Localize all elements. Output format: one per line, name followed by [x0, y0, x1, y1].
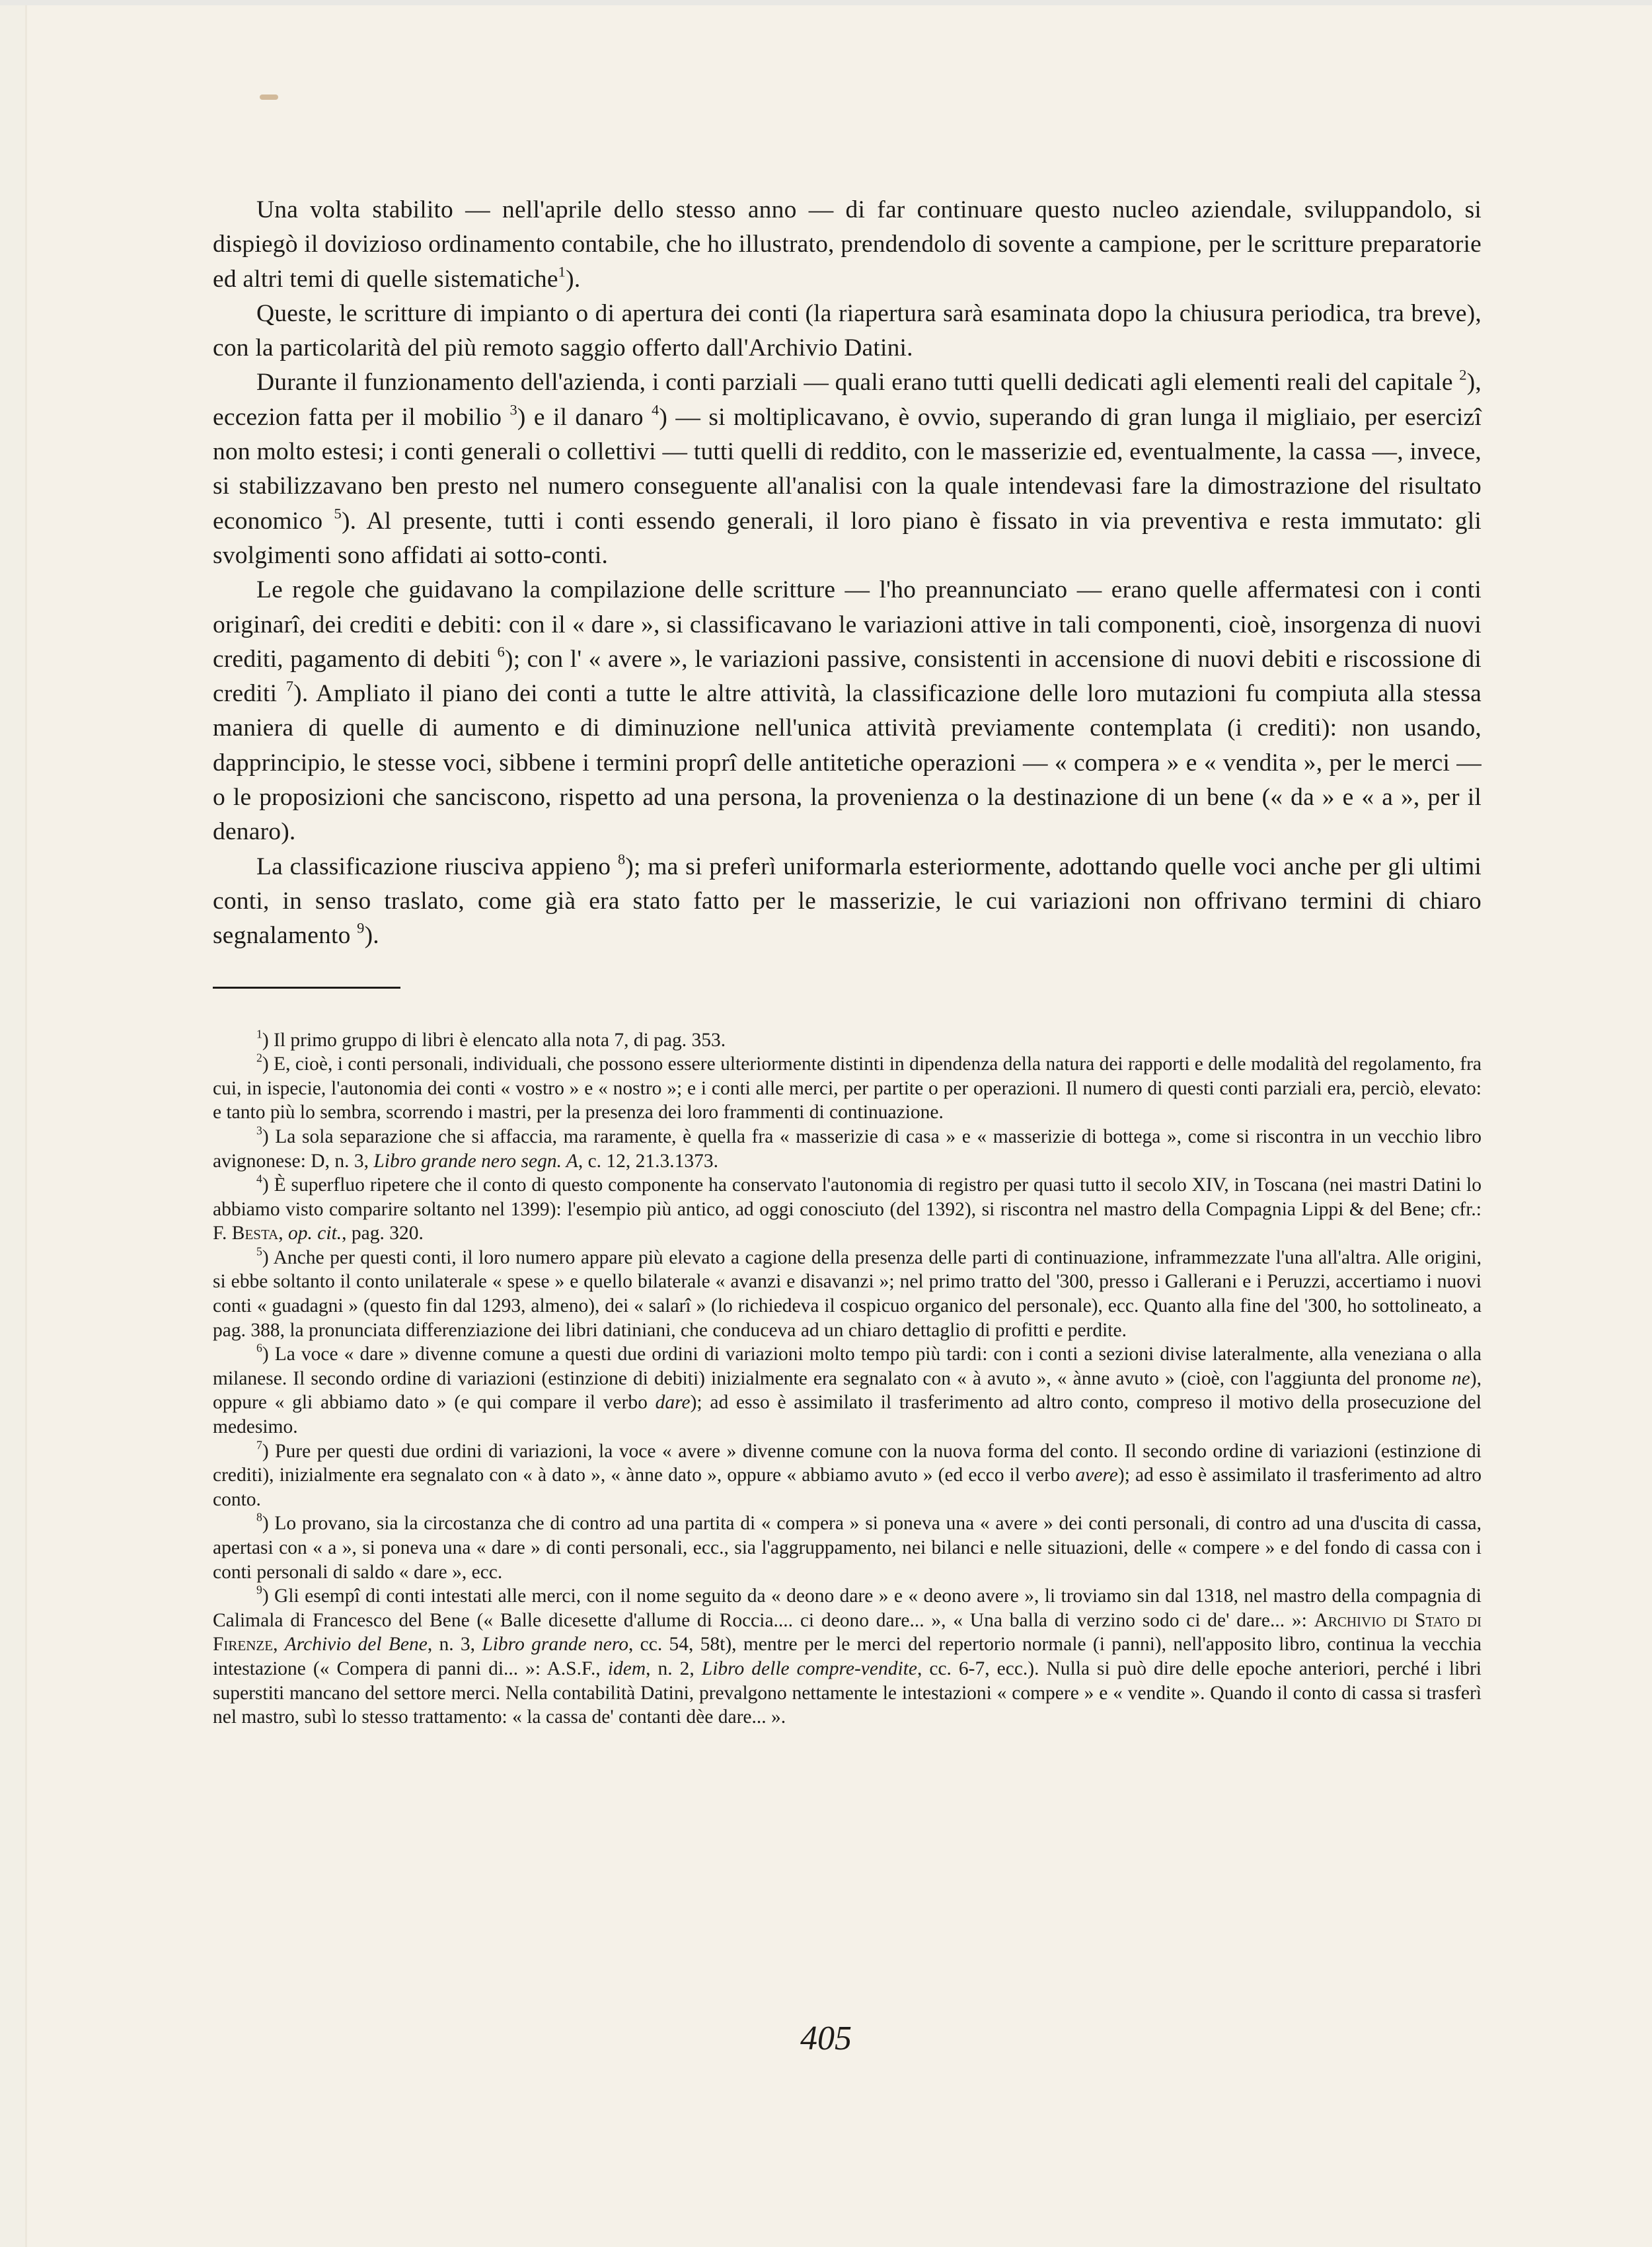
main-text: Una volta stabilito — nell'aprile dello …	[213, 193, 1482, 954]
footnote-reference: 5	[256, 1245, 262, 1258]
text-run: ) Lo provano, sia la circostanza che di …	[213, 1513, 1482, 1582]
italic-citation: ne	[1452, 1368, 1470, 1389]
footnote-reference: 3	[509, 401, 517, 418]
page-spine-edge	[0, 5, 26, 2247]
text-run: ,	[273, 1634, 285, 1655]
text-run: ,	[278, 1223, 288, 1244]
footnote: 8) Lo provano, sia la circostanza che di…	[213, 1511, 1482, 1584]
footnote-reference: 2	[256, 1051, 262, 1065]
text-run: La classificazione riusciva appieno	[256, 853, 618, 880]
page-text-block: Una volta stabilito — nell'aprile dello …	[213, 193, 1482, 1730]
body-paragraph: Durante il funzionamento dell'azienda, i…	[213, 365, 1482, 573]
italic-citation: avere	[1075, 1465, 1117, 1486]
footnote-reference: 8	[618, 851, 625, 867]
text-run: ) Anche per questi conti, il loro numero…	[213, 1247, 1482, 1341]
body-paragraph: Queste, le scritture di impianto o di ap…	[213, 297, 1482, 366]
italic-citation: Archivio del Bene	[285, 1634, 428, 1655]
body-paragraph: Una volta stabilito — nell'aprile dello …	[213, 193, 1482, 297]
footnote: 6) La voce « dare » divenne comune a que…	[213, 1342, 1482, 1439]
footnote-reference: 7	[256, 1438, 262, 1451]
footnote-separator-rule	[213, 987, 400, 989]
text-run: Durante il funzionamento dell'azienda, i…	[256, 369, 1459, 396]
footnote: 5) Anche per questi conti, il loro numer…	[213, 1246, 1482, 1342]
text-run: , pag. 320.	[342, 1223, 424, 1244]
text-run: , c. 12, 21.3.1373.	[578, 1151, 718, 1172]
footnote: 2) E, cioè, i conti personali, individua…	[213, 1052, 1482, 1125]
footnote-reference: 9	[357, 919, 364, 936]
italic-citation: dare	[656, 1392, 691, 1413]
footnote: 7) Pure per questi due ordini di variazi…	[213, 1439, 1482, 1512]
footnotes: 1) Il primo gruppo di libri è elencato a…	[213, 1028, 1482, 1730]
body-paragraph: La classificazione riusciva appieno 8); …	[213, 850, 1482, 954]
footnote-reference: 9	[256, 1583, 262, 1597]
text-run: ). Ampliato il piano dei conti a tutte l…	[213, 680, 1482, 845]
body-paragraph: Le regole che guidavano la compilazione …	[213, 573, 1482, 849]
italic-citation: op. cit.	[288, 1223, 342, 1244]
text-run: ). Al presente, tutti i conti essendo ge…	[213, 508, 1482, 569]
page-number: 405	[0, 2019, 1652, 2058]
text-run: ) Il primo gruppo di libri è elencato al…	[262, 1030, 726, 1051]
footnote-reference: 1	[558, 263, 566, 280]
text-run: ) Gli esempî di conti intestati alle mer…	[213, 1585, 1482, 1631]
italic-citation: Libro delle compre-vendite	[702, 1658, 917, 1679]
italic-citation: idem	[608, 1658, 646, 1679]
text-run: ) E, cioè, i conti personali, individual…	[213, 1053, 1482, 1123]
text-run: Queste, le scritture di impianto o di ap…	[213, 300, 1482, 362]
text-run: ).	[566, 266, 580, 293]
text-run: Una volta stabilito — nell'aprile dello …	[213, 196, 1482, 293]
footnote-reference: 7	[286, 677, 293, 694]
footnote-reference: 6	[498, 643, 505, 660]
footnote-reference: 4	[652, 401, 659, 418]
footnote: 1) Il primo gruppo di libri è elencato a…	[213, 1028, 1482, 1053]
footnote-reference: 2	[1459, 367, 1466, 383]
text-run: ) e il danaro	[517, 404, 652, 431]
footnote-reference: 8	[256, 1511, 262, 1524]
footnote-reference: 1	[256, 1027, 262, 1040]
footnote: 9) Gli esempî di conti intestati alle me…	[213, 1584, 1482, 1730]
footnote-reference: 5	[334, 505, 342, 521]
small-caps-name: Besta	[232, 1223, 279, 1244]
paper-stain	[260, 95, 278, 100]
text-run: ) La voce « dare » divenne comune a ques…	[213, 1344, 1482, 1389]
text-run: , n. 3,	[428, 1634, 482, 1655]
footnote-reference: 6	[256, 1342, 262, 1355]
italic-citation: Libro grande nero	[482, 1634, 628, 1655]
text-run: , n. 2,	[646, 1658, 702, 1679]
italic-citation: Libro grande nero segn. A	[373, 1151, 578, 1172]
footnote: 3) La sola separazione che si affaccia, …	[213, 1125, 1482, 1173]
footnote-reference: 4	[256, 1172, 262, 1186]
text-run: ).	[365, 922, 379, 949]
footnote: 4) È superfluo ripetere che il conto di …	[213, 1173, 1482, 1246]
footnote-reference: 3	[256, 1124, 262, 1137]
